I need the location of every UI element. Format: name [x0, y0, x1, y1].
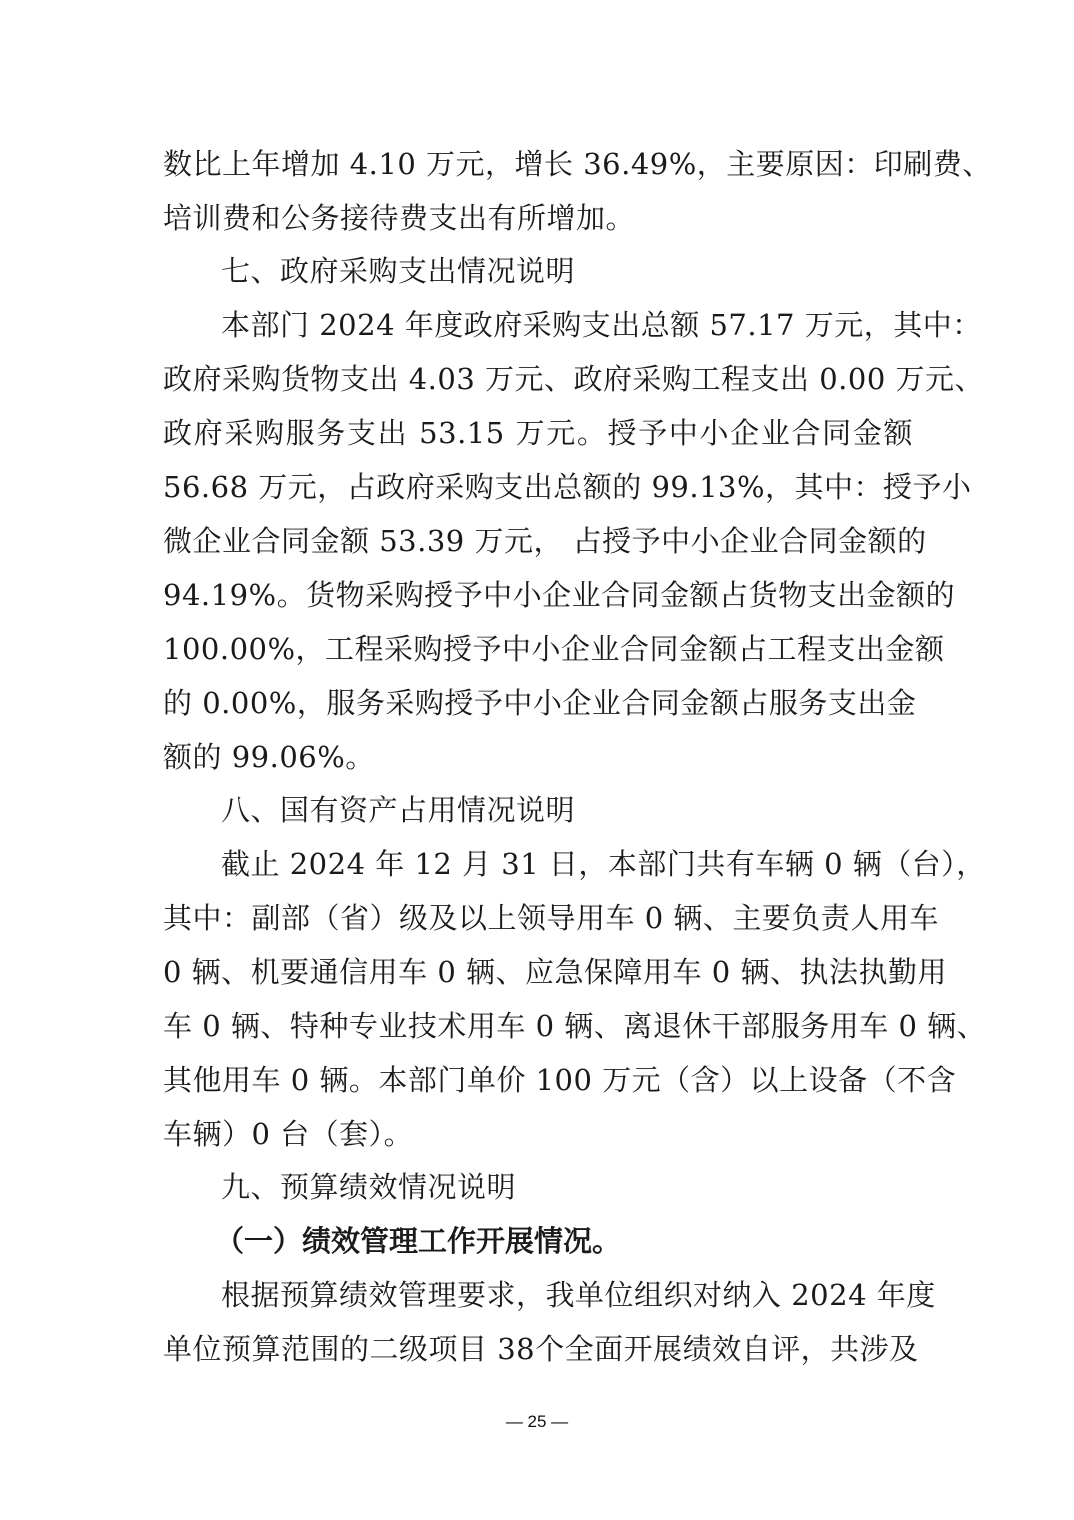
paragraph-line: 政府采购货物支出 4.03 万元、政府采购工程支出 0.00 万元、	[163, 352, 913, 406]
paragraph-line: 其他用车 0 辆。本部门单价 100 万元（含）以上设备（不含	[163, 1053, 913, 1107]
paragraph-line: 0 辆、机要通信用车 0 辆、应急保障用车 0 辆、执法执勤用	[163, 945, 913, 999]
paragraph-line: 额的 99.06%。	[163, 730, 913, 784]
paragraph-line: 100.00%，工程采购授予中小企业合同金额占工程支出金额	[163, 622, 913, 676]
paragraph-line: 单位预算范围的二级项目 38个全面开展绩效自评，共涉及	[163, 1322, 913, 1376]
paragraph-line: 的 0.00%，服务采购授予中小企业合同金额占服务支出金	[163, 676, 913, 730]
document-page: 数比上年增加 4.10 万元，增长 36.49%，主要原因：印刷费、 培训费和公…	[163, 137, 913, 1376]
subsection-heading-performance-management: （一）绩效管理工作开展情况。	[163, 1214, 913, 1268]
paragraph-line: 培训费和公务接待费支出有所增加。	[163, 191, 913, 245]
paragraph-line: 车辆）0 台（套）。	[163, 1107, 913, 1161]
section-heading-procurement: 七、政府采购支出情况说明	[163, 245, 913, 298]
page-number: — 25 —	[0, 1412, 1074, 1432]
paragraph-line: 车 0 辆、特种专业技术用车 0 辆、离退休干部服务用车 0 辆、	[163, 999, 913, 1053]
paragraph-line: 56.68 万元，占政府采购支出总额的 99.13%，其中：授予小	[163, 460, 913, 514]
paragraph-line: 截止 2024 年 12 月 31 日，本部门共有车辆 0 辆（台），	[163, 837, 913, 891]
paragraph-line: 94.19%。货物采购授予中小企业合同金额占货物支出金额的	[163, 568, 913, 622]
paragraph-line: 政府采购服务支出 53.15 万元。授予中小企业合同金额	[163, 406, 913, 460]
paragraph-line: 微企业合同金额 53.39 万元， 占授予中小企业合同金额的	[163, 514, 913, 568]
paragraph-line: 数比上年增加 4.10 万元，增长 36.49%，主要原因：印刷费、	[163, 137, 913, 191]
paragraph-line: 根据预算绩效管理要求，我单位组织对纳入 2024 年度	[163, 1268, 913, 1322]
section-heading-state-assets: 八、国有资产占用情况说明	[163, 784, 913, 837]
paragraph-line: 本部门 2024 年度政府采购支出总额 57.17 万元，其中：	[163, 298, 913, 352]
section-heading-performance: 九、预算绩效情况说明	[163, 1161, 913, 1214]
paragraph-line: 其中：副部（省）级及以上领导用车 0 辆、主要负责人用车	[163, 891, 913, 945]
